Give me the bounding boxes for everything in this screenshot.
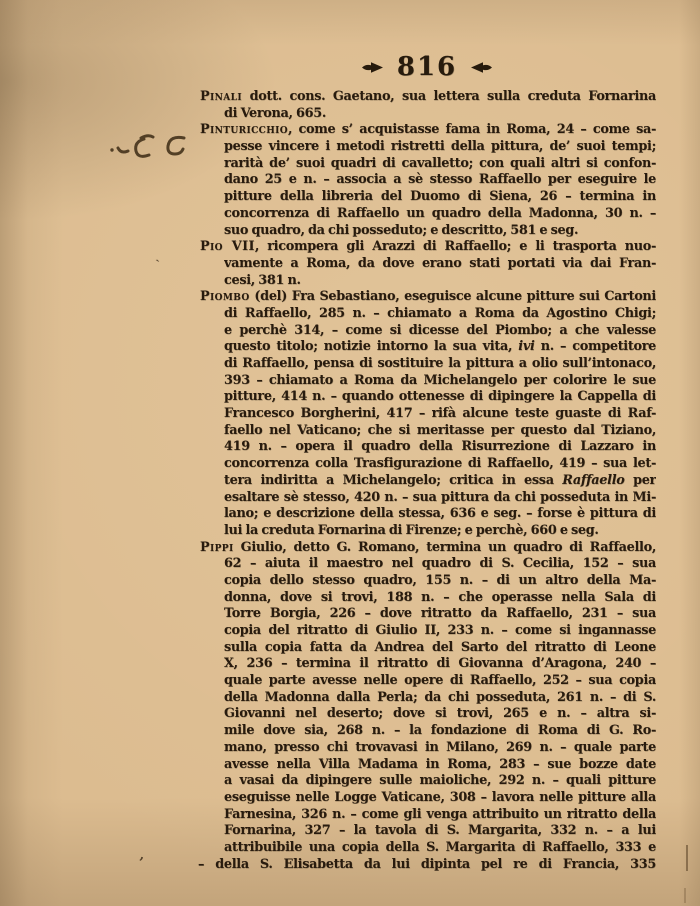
index-line: mano, presso chi trovavasi in Milano, 26… — [224, 740, 656, 757]
index-line: faello nel Vaticano; che si meritasse pe… — [224, 423, 656, 440]
index-line: Pinturicchio, come s’ acquistasse fama i… — [200, 122, 656, 139]
entry-headword: Pippi — [200, 540, 234, 555]
index-line: pitture della libreria del Duomo di Sien… — [224, 189, 656, 206]
entry-headword: Piombo — [200, 289, 250, 304]
index-line: 419 n. – opera il quadro della Risurrezi… — [224, 439, 656, 456]
index-line: copia dello stesso quadro, 155 n. – di u… — [224, 573, 656, 590]
index-entry-pinturicchio: Pinturicchio, come s’ acquistasse fama i… — [224, 122, 656, 239]
italic-term: Raffaello — [562, 473, 624, 488]
index-line: lano; e descrizione della stessa, 636 e … — [224, 506, 656, 523]
index-line: pesse vincere i metodi ristretti della p… — [224, 139, 656, 156]
entry-headword: Pio VII — [200, 239, 255, 254]
index-entry-piombo: Piombo (del) Fra Sebastiano, eseguisce a… — [224, 289, 656, 539]
index-entry-piovii: Pio VII, ricompera gli Arazzi di Raffael… — [224, 239, 656, 289]
entry-headword: Pinali — [200, 89, 242, 104]
index-line: Pippi Giulio, detto G. Romano, termina u… — [200, 540, 656, 557]
index-line: suo quadro, da chi posseduto; e descritt… — [224, 223, 656, 240]
scan-edge-line-faint — [684, 888, 686, 903]
index-line: Piombo (del) Fra Sebastiano, eseguisce a… — [200, 289, 656, 306]
index-line: questo titolo; notizie intorno la sua vi… — [224, 339, 656, 356]
scan-edge-line — [686, 845, 688, 871]
index-entries: Pinali dott. cons. Gaetano, sua lettera … — [224, 89, 656, 873]
index-line: tera indiritta a Michelangelo; critica i… — [224, 473, 656, 490]
ink-speck-comma: , — [139, 848, 146, 863]
index-line: avesse nella Villa Madama in Roma, 283 –… — [224, 757, 656, 774]
index-line: 393 – chiamato a Roma da Michelangelo pe… — [224, 373, 656, 390]
index-line: lui la creduta Fornarina di Firenze; e p… — [224, 523, 656, 540]
index-line: della Madonna dalla Perla; da chi possed… — [224, 690, 656, 707]
index-entry-pinali: Pinali dott. cons. Gaetano, sua lettera … — [224, 89, 656, 122]
page-number-right-arrow-ornament — [470, 61, 492, 74]
index-line: dano 25 e n. – associa a sè stesso Raffa… — [224, 172, 656, 189]
index-line: Francesco Borgherini, 417 – rifà alcune … — [224, 406, 656, 423]
index-line: Giovanni nel deserto; dove si trovi, 265… — [224, 706, 656, 723]
index-line: concorrenza colla Trasfigurazione di Raf… — [224, 456, 656, 473]
index-line: attribuibile una copia della S. Margarit… — [224, 840, 656, 857]
index-entry-pippi: Pippi Giulio, detto G. Romano, termina u… — [224, 540, 656, 874]
index-line: vamente a Roma, da dove erano stati port… — [224, 256, 656, 273]
index-line: a vasai da dipingere sulle maioliche, 29… — [224, 773, 656, 790]
index-line: Torre Borgia, 226 – dove ritratto da Raf… — [224, 606, 656, 623]
index-line: sulla copia fatta da Andrea del Sarto de… — [224, 640, 656, 657]
index-line: mile dove sia, 268 n. – la fondazione di… — [224, 723, 656, 740]
index-line: di Raffaello, pensa di sostituire la pit… — [224, 356, 656, 373]
page-number-row: 816 — [287, 52, 567, 82]
entry-headword: Pinturicchio — [200, 122, 288, 137]
index-line: copia del ritratto di Giulio II, 233 n. … — [224, 623, 656, 640]
index-line: e perchè 314, – come si dicesse del Piom… — [224, 323, 656, 340]
index-line: pitture, 414 n. – quando ottenesse di di… — [224, 389, 656, 406]
scanned-book-page: 816 Pinali dott. cons. Gaetano, sua lett… — [0, 0, 700, 906]
index-line: Pinali dott. cons. Gaetano, sua lettera … — [200, 89, 656, 106]
index-line: di Raffaello, 285 n. – chiamato a Roma d… — [224, 306, 656, 323]
handwritten-scribble — [108, 132, 192, 160]
index-line: – della S. Elisabetta da lui dipinta pel… — [198, 857, 656, 874]
index-line: esaltare sè stesso, 420 n. – sua pittura… — [224, 490, 656, 507]
index-line: cesi, 381 n. — [224, 273, 656, 290]
page-number-left-arrow-ornament — [362, 61, 384, 74]
page-number: 816 — [397, 53, 457, 81]
index-line: eseguisse nelle Logge Vaticane, 308 – la… — [224, 790, 656, 807]
index-line: concorrenza di Raffaello un quadro della… — [224, 206, 656, 223]
ink-speck-backtick: ` — [155, 258, 164, 273]
index-line: quale parte avesse nelle opere di Raffae… — [224, 673, 656, 690]
index-line: Farnesina, 326 n. – come gli venga attri… — [224, 807, 656, 824]
index-line: Pio VII, ricompera gli Arazzi di Raffael… — [200, 239, 656, 256]
index-line: X, 236 – termina il ritratto di Giovanna… — [224, 656, 656, 673]
index-line: donna, dove si trovi, 188 n. – che opera… — [224, 590, 656, 607]
index-line: rarità de’ suoi quadri di cavalletto; co… — [224, 156, 656, 173]
index-line: 62 – aiuta il maestro nel quadro di S. C… — [224, 556, 656, 573]
index-line: Fornarina, 327 – la tavola di S. Margari… — [224, 823, 656, 840]
italic-term: ivi — [518, 339, 534, 354]
index-line: di Verona, 665. — [224, 106, 656, 123]
